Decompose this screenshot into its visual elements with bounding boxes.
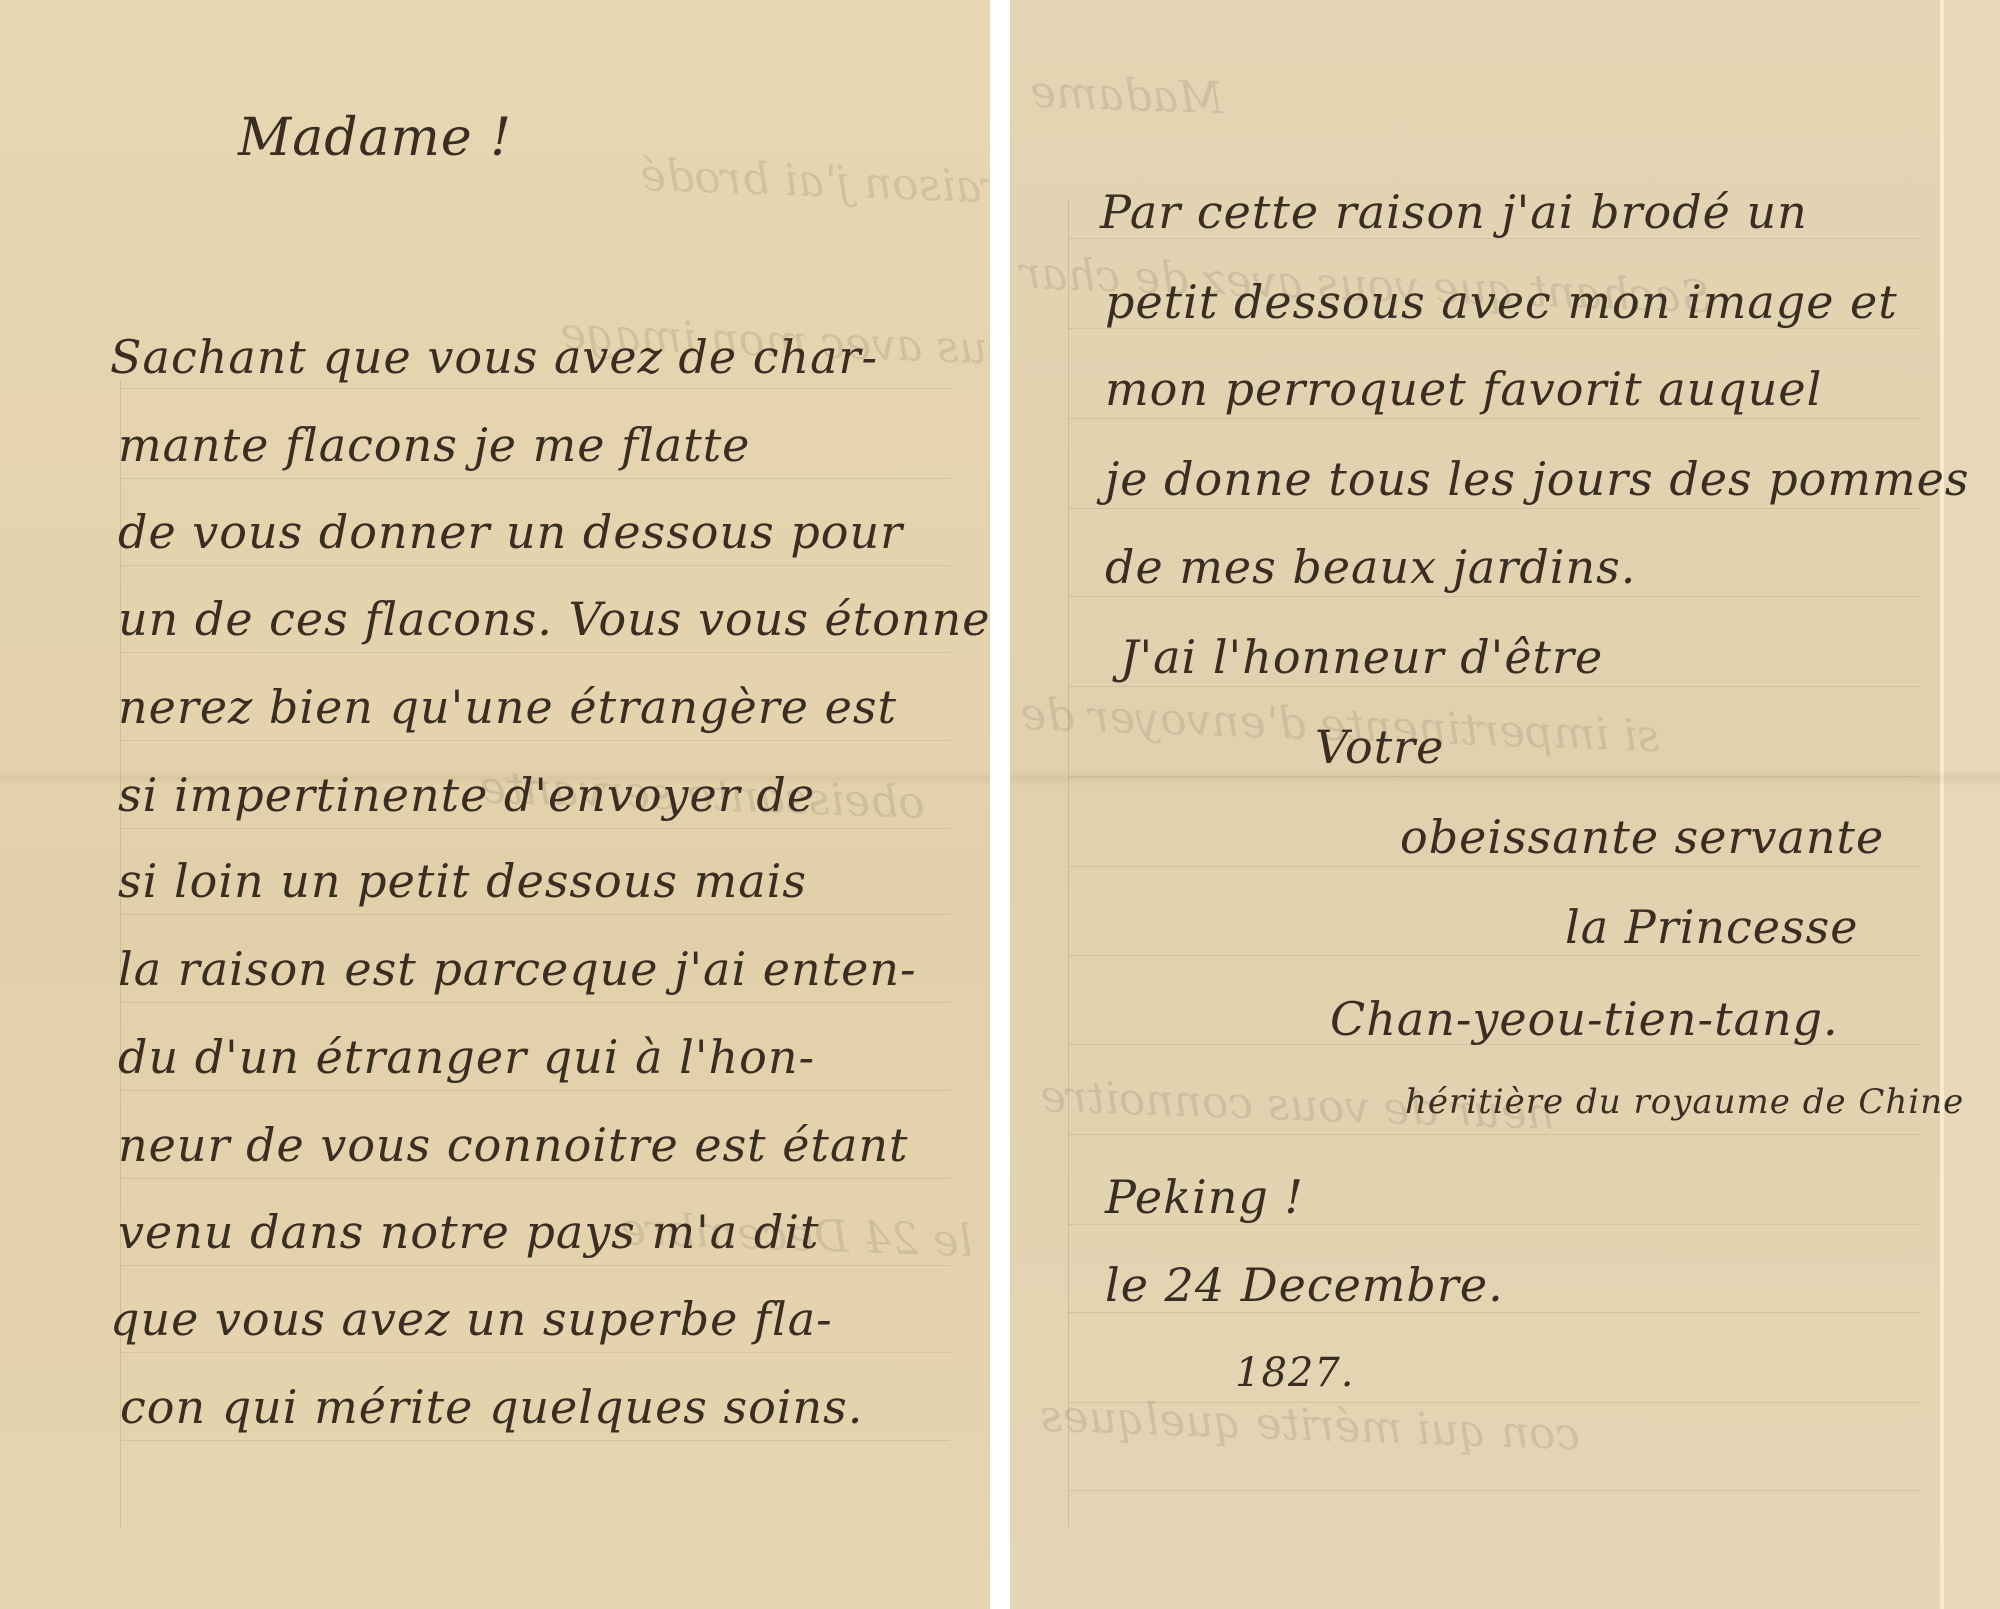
bleed-through-text: Madame [1029, 67, 1224, 125]
letter-line: petit dessous avec mon image et [1105, 275, 1898, 329]
letter-line: la raison est parceque j'ai enten- [118, 942, 917, 996]
closing-line: Votre [1315, 720, 1444, 774]
closing-line: obeissante servante [1400, 810, 1884, 864]
letter-line: Sachant que vous avez de char- [110, 330, 878, 384]
letter-line: si loin un petit dessous mais [118, 854, 807, 908]
letter-line: de vous donner un dessous pour [118, 505, 903, 559]
letter-line: de mes beaux jardins. [1105, 540, 1636, 594]
paper-edge [1944, 0, 2000, 1609]
letter-line: Par cette raison j'ai brodé un [1100, 185, 1808, 239]
letter-line: je donne tous les jours des pommes [1105, 452, 1969, 506]
letter-line: mon perroquet favorit auquel [1105, 362, 1822, 416]
letter-line: con qui mérite quelques soins. [120, 1380, 863, 1434]
salutation: Madame ! [238, 108, 512, 168]
signature: Chan-yeou-tien-tang. [1330, 992, 1839, 1046]
letter-line: un de ces flacons. Vous vous étonnerez [118, 592, 990, 646]
place: Peking ! [1105, 1170, 1304, 1224]
ruled-lines [1068, 0, 1920, 1609]
letter-line: nerez bien qu'une étrangère est [118, 680, 897, 734]
letter-line: venu dans notre pays m'a dit [118, 1205, 820, 1259]
date-year: 1827. [1235, 1350, 1355, 1396]
letter-line: que vous avez un superbe fla- [110, 1292, 833, 1346]
letter-line: mante flacons je me flatte [118, 418, 750, 472]
letter-page-left: Par cette raison j'ai brodé petit dessou… [0, 0, 990, 1609]
closing-line: J'ai l'honneur d'être [1120, 630, 1603, 684]
paper-fold-vertical [1940, 0, 1944, 1609]
letter-line: si impertinente d'envoyer de [118, 768, 815, 822]
letter-line: du d'un étranger qui à l'hon- [118, 1030, 815, 1084]
closing-line: la Princesse [1565, 900, 1858, 954]
date-day: le 24 Decembre. [1105, 1258, 1504, 1312]
signature-title: héritière du royaume de Chine [1405, 1082, 1964, 1122]
letter-page-right: Madame Sachant que vous avez de char si … [1010, 0, 2000, 1609]
letter-line: neur de vous connoitre est étant [118, 1118, 909, 1172]
